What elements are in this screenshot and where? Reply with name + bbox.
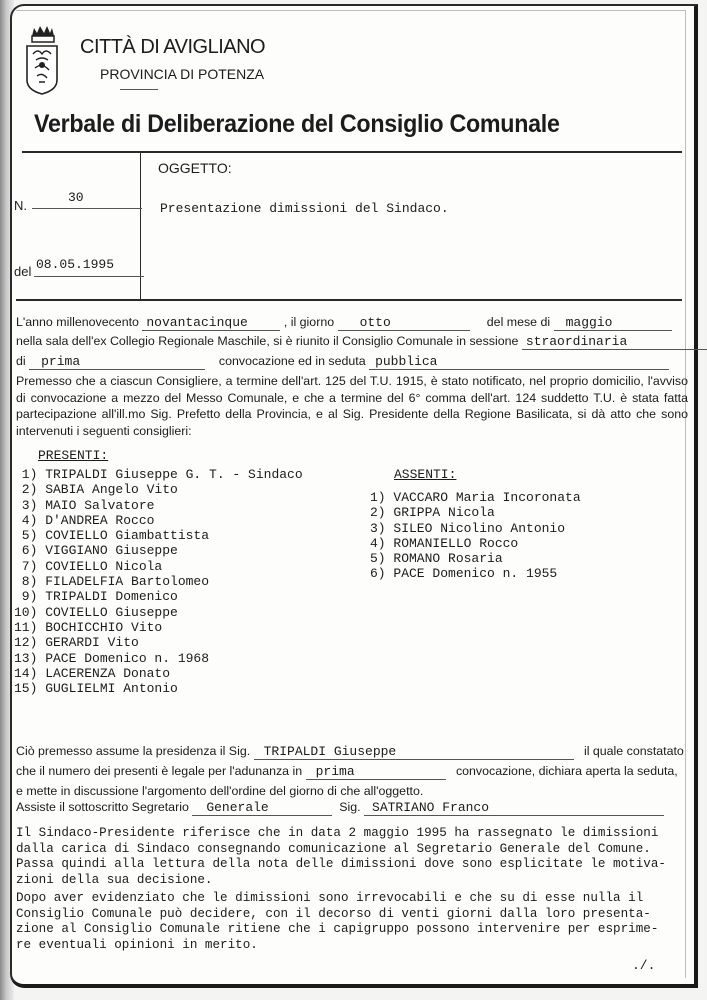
list-item: 6) VIGGIANO Giuseppe (14, 543, 303, 558)
session-venue-line: nella sala dell'ex Collegio Regionale Ma… (16, 334, 707, 350)
list-item: 13) PACE Domenico n. 1968 (14, 651, 303, 666)
agenda-line: e mette in discussione l'argomento dell'… (16, 784, 423, 798)
premise-paragraph: Premesso che a ciascun Consigliere, a te… (16, 373, 688, 439)
list-item: 4) ROMANIELLO Rocco (370, 536, 581, 551)
session-convocation-line: di prima convocazione ed in seduta pubbl… (16, 354, 669, 370)
president-name: TRIPALDI Giuseppe (254, 746, 574, 760)
quorum-convocation: prima (306, 766, 446, 780)
secretary-name: SATRIANO Franco (364, 802, 664, 816)
year-value: novantacinque (142, 317, 280, 331)
number-label: N. (14, 198, 27, 213)
secretary-line: Assiste il sottoscritto Segretario Gener… (16, 800, 664, 816)
absent-list: 1) VACCARO Maria Incoronata 2) GRIPPA Ni… (370, 490, 581, 582)
record-date-field: 08.05.1995 (34, 260, 144, 277)
list-item: 12) GERARDI Vito (14, 635, 303, 650)
list-item: 5) COVIELLO Giambattista (14, 528, 303, 543)
list-item: 15) GUGLIELMI Antonio (14, 681, 303, 696)
list-item: 11) BOCHICCHIO Vito (14, 620, 303, 635)
divider (22, 151, 682, 153)
list-item: 5) ROMANO Rosaria (370, 551, 581, 566)
continuation-mark: ./. (632, 958, 655, 973)
record-number: 30 (68, 190, 84, 205)
present-heading: PRESENTI: (38, 448, 108, 463)
quorum-line: che il numero dei presenti è legale per … (16, 764, 678, 780)
list-item: 3) SILEO Nicolino Antonio (370, 521, 581, 536)
secretary-role: Generale (192, 802, 332, 816)
presidency-line: Ciò premesso assume la presidenza il Sig… (16, 744, 684, 760)
date-label: del (14, 264, 31, 279)
document-page: CITTÀ DI AVIGLIANO PROVINCIA DI POTENZA … (10, 4, 698, 988)
list-item: 9) TRIPALDI Domenico (14, 589, 303, 604)
session-type-value: straordinaria (522, 336, 707, 350)
list-item: 6) PACE Domenico n. 1955 (370, 566, 581, 581)
province-name: PROVINCIA DI POTENZA (100, 66, 264, 82)
convocation-value: prima (29, 356, 205, 370)
day-value: otto (338, 317, 470, 331)
divider (140, 152, 141, 300)
body-paragraph-2: Dopo aver evidenziato che le dimissioni … (16, 891, 688, 953)
document-title: Verbale di Deliberazione del Consiglio C… (34, 110, 560, 139)
city-name: CITTÀ DI AVIGLIANO (80, 36, 265, 59)
absent-heading: ASSENTI: (394, 467, 456, 482)
list-item: 1) VACCARO Maria Incoronata (370, 490, 581, 505)
divider (16, 299, 682, 301)
list-item: 1) TRIPALDI Giuseppe G. T. - Sindaco (14, 467, 303, 482)
subject-label: OGGETTO: (158, 160, 232, 176)
list-item: 14) LACERENZA Donato (14, 666, 303, 681)
list-item: 2) GRIPPA Nicola (370, 505, 581, 520)
record-number-field: 30 (32, 192, 142, 209)
seating-value: pubblica (369, 356, 669, 370)
session-year-line: L'anno millenovecento novantacinque , il… (16, 315, 672, 331)
list-item: 2) SABIA Angelo Vito (14, 482, 303, 497)
divider (120, 89, 158, 90)
municipal-crest-icon (24, 24, 60, 96)
list-item: 3) MAIO Salvatore (14, 498, 303, 513)
list-item: 8) FILADELFIA Bartolomeo (14, 574, 303, 589)
list-item: 10) COVIELLO Giuseppe (14, 605, 303, 620)
subject-text: Presentazione dimissioni del Sindaco. (160, 201, 449, 216)
present-list: 1) TRIPALDI Giuseppe G. T. - Sindaco 2) … (14, 467, 303, 696)
list-item: 7) COVIELLO Nicola (14, 559, 303, 574)
body-paragraph-1: Il Sindaco-Presidente riferisce che in d… (16, 826, 688, 888)
list-item: 4) D'ANDREA Rocco (14, 513, 303, 528)
month-value: maggio (554, 317, 672, 331)
record-date: 08.05.1995 (36, 257, 114, 272)
